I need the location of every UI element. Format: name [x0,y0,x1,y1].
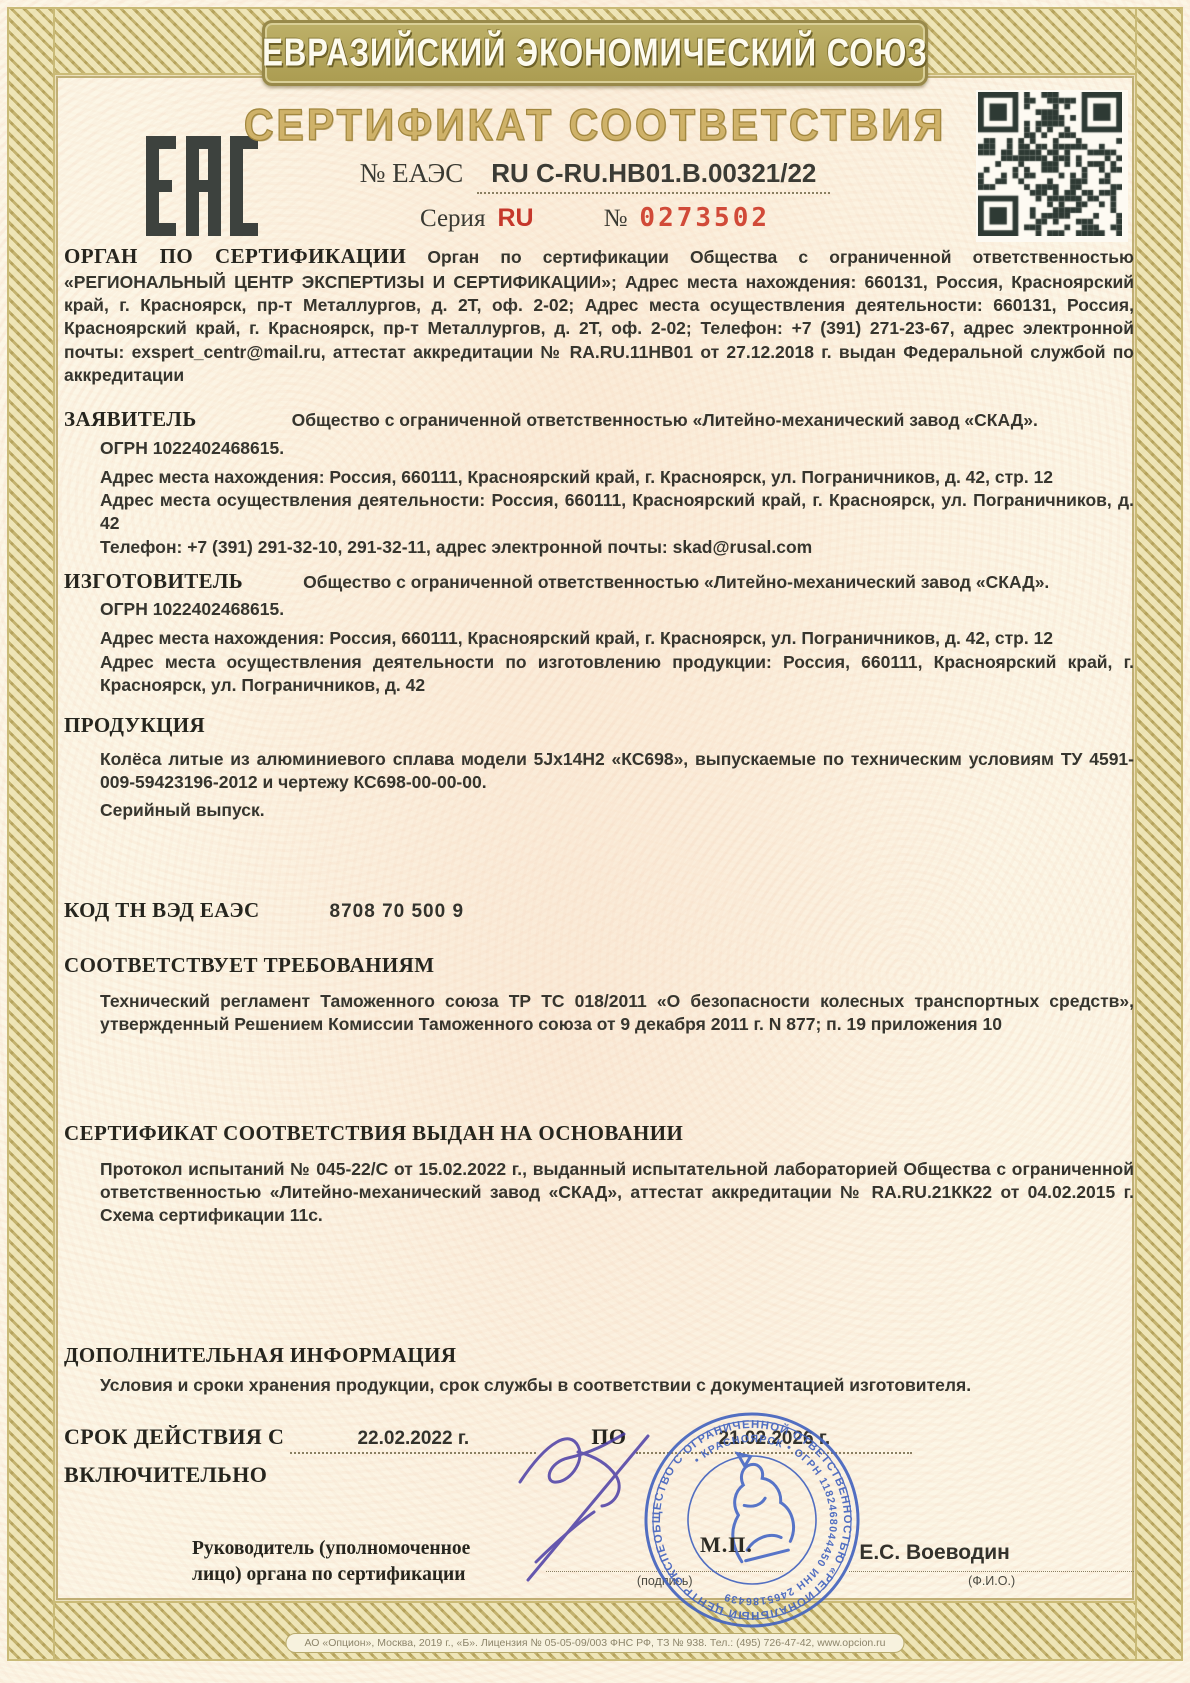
certificate-number: RU C-RU.HB01.B.00321/22 [477,158,830,194]
printer-imprint: АО «Опцион», Москва, 2019 г., «Б». Лицен… [285,1633,904,1653]
head-fio-line [849,1565,1134,1572]
head-fio-caption: (Ф.И.О.) [849,1574,1134,1588]
section-tnved-code: КОД ТН ВЭД ЕАЭС 8708 70 500 9 [64,898,1134,923]
section-additional-info: ДОПОЛНИТЕЛЬНАЯ ИНФОРМАЦИЯ Условия и срок… [64,1343,1134,1397]
manufacturer-activity-address: Адрес места осуществления деятельности п… [64,651,1134,698]
applicant-name: Общество с ограниченной ответственностью… [292,409,1038,432]
section-basis: СЕРТИФИКАТ СООТВЕТСТВИЯ ВЫДАН НА ОСНОВАН… [64,1121,1134,1228]
validity-from-label: СРОК ДЕЙСТВИЯ С [64,1424,284,1450]
section-product: ПРОДУКЦИЯ Колёса литые из алюминиевого с… [64,713,1134,822]
head-role-label: Руководитель (уполномоченное лицо) орган… [192,1536,524,1589]
complies-text: Технический регламент Таможенного союза … [64,990,1134,1037]
applicant-address: Адрес места нахождения: Россия, 660111, … [64,466,1134,489]
manufacturer-heading: ИЗГОТОВИТЕЛЬ [64,569,243,594]
applicant-ogrn: ОГРН 1022402468615. [64,437,1134,460]
union-title: ЕВРАЗИЙСКИЙ ЭКОНОМИЧЕСКИЙ СОЮЗ [262,31,928,76]
product-description: Колёса литые из алюминиевого сплава моде… [64,748,1134,795]
border-pattern-right [1135,7,1183,1661]
applicant-activity-address: Адрес места осуществления деятельности: … [64,489,1134,536]
basis-text: Протокол испытаний № 045-22/С от 15.02.2… [64,1158,1134,1228]
additional-info-text: Условия и сроки хранения продукции, срок… [64,1374,1134,1397]
additional-info-heading: ДОПОЛНИТЕЛЬНАЯ ИНФОРМАЦИЯ [64,1343,1134,1368]
validity-inclusive-label: ВКЛЮЧИТЕЛЬНО [64,1462,1134,1488]
tnved-code-value: 8708 70 500 9 [330,901,465,923]
manufacturer-ogrn: ОГРН 1022402468615. [64,598,1134,621]
product-heading: ПРОДУКЦИЯ [64,713,1134,738]
tnved-heading: КОД ТН ВЭД ЕАЭС [64,898,260,923]
basis-heading: СЕРТИФИКАТ СООТВЕТСТВИЯ ВЫДАН НА ОСНОВАН… [64,1121,1134,1146]
section-certification-body: ОРГАН ПО СЕРТИФИКАЦИИ Орган по сертифика… [64,243,1134,387]
section-applicant: ЗАЯВИТЕЛЬ Общество с ограниченной ответс… [64,407,1134,559]
complies-heading: СООТВЕТСТВУЕТ ТРЕБОВАНИЯМ [64,953,1134,978]
stamp-ring-inner-text: • КРАСНОЯРСК • ОГРН 1182468044450 ИНН 24… [684,1414,858,1616]
svg-text:• КРАСНОЯРСК • ОГРН 1182468044: • КРАСНОЯРСК • ОГРН 1182468044450 ИНН 24… [684,1414,858,1616]
applicant-heading: ЗАЯВИТЕЛЬ [64,407,197,432]
union-banner: ЕВРАЗИЙСКИЙ ЭКОНОМИЧЕСКИЙ СОЮЗ [262,20,928,86]
applicant-phone: Телефон: +7 (391) 291-32-10, 291-32-11, … [64,536,1134,559]
stamp-place-label: М.П. [700,1532,753,1558]
certificate-page: ЕВРАЗИЙСКИЙ ЭКОНОМИЧЕСКИЙ СОЮЗ СЕРТИФИКА… [0,0,1190,1683]
series-label: Серия [420,205,485,232]
manufacturer-address: Адрес места нахождения: Россия, 660111, … [64,627,1134,650]
validity-from-date: 22.02.2022 г. [290,1428,536,1454]
number-label: № ЕАЭС [360,158,464,188]
head-fio-name: Е.С. Воеводин [849,1541,1134,1565]
validity-row: СРОК ДЕЙСТВИЯ С 22.02.2022 г. ПО 21.02.2… [64,1424,1134,1454]
section-manufacturer: ИЗГОТОВИТЕЛЬ Общество с ограниченной отв… [64,569,1134,697]
serial-label: № [604,205,628,232]
qr-code [976,90,1128,242]
signature-block: Руководитель (уполномоченное лицо) орган… [64,1536,1134,1595]
section-complies: СООТВЕТСТВУЕТ ТРЕБОВАНИЯМ Технический ре… [64,953,1134,1037]
certification-body-heading: ОРГАН ПО СЕРТИФИКАЦИИ [64,244,406,268]
series-value: RU [497,204,533,232]
serial-number: 0273502 [639,203,770,233]
manufacturer-name: Общество с ограниченной ответственностью… [303,571,1049,594]
product-serial-note: Серийный выпуск. [64,799,1134,822]
border-pattern-left [7,7,55,1661]
certificate-body: ОРГАН ПО СЕРТИФИКАЦИИ Орган по сертифика… [64,243,1134,1595]
